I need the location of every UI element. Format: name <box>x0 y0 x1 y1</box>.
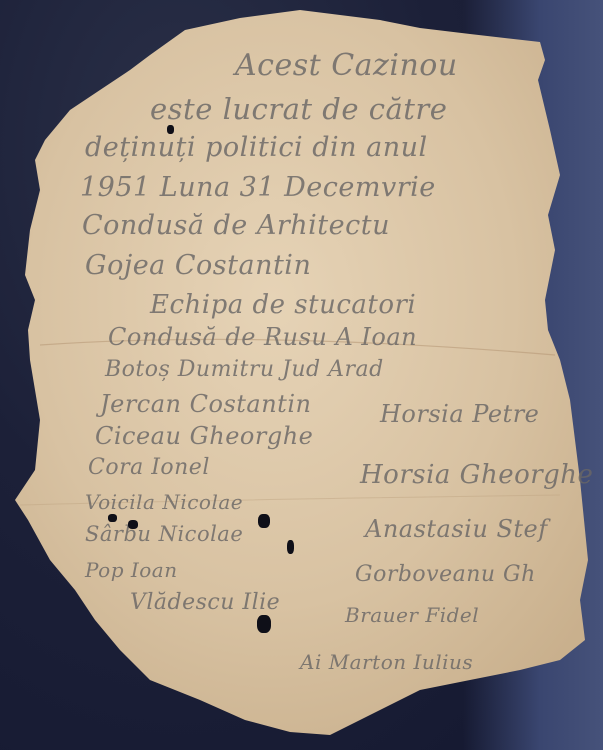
paper-hole <box>258 514 270 528</box>
text-line-12: Cora Ionel <box>88 455 210 480</box>
text-line-14: Sârbu Nicolae <box>85 522 243 546</box>
text-line-6: Gojea Costantin <box>85 250 311 281</box>
right-line-1: Horsia Petre <box>380 400 539 428</box>
text-line-1: Acest Cazinou <box>235 48 458 83</box>
paper-hole <box>257 615 271 633</box>
text-line-5: Condusă de Arhitectu <box>82 210 390 241</box>
text-line-10: Jercan Costantin <box>100 390 311 418</box>
right-line-3: Anastasiu Stef <box>365 515 548 543</box>
right-line-2: Horsia Gheorghe <box>360 460 593 490</box>
text-line-3: deținuți politici din anul <box>85 132 428 163</box>
text-line-13: Voicila Nicolae <box>85 490 243 514</box>
torn-paper: Acest Cazinou este lucrat de către dețin… <box>0 0 603 750</box>
paper-hole <box>287 540 294 554</box>
text-line-15: Pop Ioan <box>85 558 178 582</box>
text-line-2: este lucrat de către <box>150 92 447 126</box>
right-line-6: Ai Marton Iulius <box>300 650 473 674</box>
paper-hole <box>128 520 138 529</box>
text-line-11: Ciceau Gheorghe <box>95 422 313 450</box>
text-line-16: Vlădescu Ilie <box>130 590 280 615</box>
text-line-7: Echipa de stucatori <box>150 290 416 320</box>
right-line-5: Brauer Fidel <box>345 603 479 627</box>
paper-hole <box>167 125 174 134</box>
paper-hole <box>108 514 117 522</box>
right-line-4: Gorboveanu Gh <box>355 562 536 587</box>
text-line-4: 1951 Luna 31 Decemvrie <box>80 172 436 203</box>
text-line-9: Botoș Dumitru Jud Arad <box>105 357 384 382</box>
text-line-8: Condusă de Rusu A Ioan <box>108 323 417 351</box>
